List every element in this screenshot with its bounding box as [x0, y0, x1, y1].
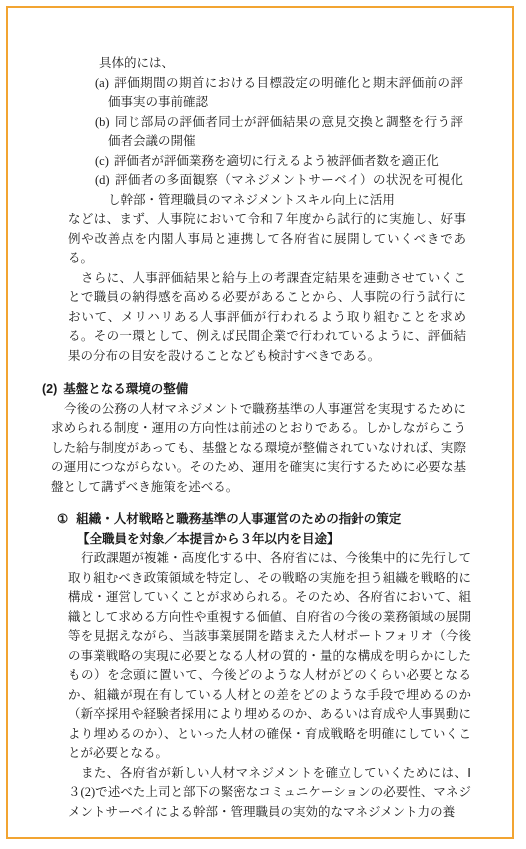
list-item-b-text: 同じ部局の評価者同士が評価結果の意見交換と調整を行う評価者会議の開催: [108, 115, 463, 149]
paragraph-trial-implementation: などは、まず、人事院において令和７年度から試行的に実施し、好事例や改善点を内閣人…: [68, 210, 466, 269]
subsection-1-body-paragraph-1: 行政課題が複雑・高度化する中、各府省には、今後集中的に先行して取り組むべき政策領…: [68, 549, 471, 764]
document-content: 具体的には、 (a)評価期間の期首における目標設定の明確化と期末評価前の評価事実…: [0, 54, 526, 822]
list-item-b-label: (b): [95, 115, 110, 129]
section-2-heading: (2)基盤となる環境の整備: [42, 380, 526, 400]
list-item-a-text: 評価期間の期首における目標設定の明確化と期末評価前の評価事実の事前確認: [108, 76, 463, 110]
list-item-c: (c)評価者が評価業務を適切に行えるよう被評価者数を適正化: [95, 152, 463, 172]
list-item-d-label: (d): [95, 173, 110, 187]
subsection-1-heading: ①組織・人材戦略と職務基準の人事運営のための指針の策定: [57, 510, 526, 530]
document-page: { "colors": { "border_accent": "#F2A431"…: [0, 0, 526, 849]
section-2-title: 基盤となる環境の整備: [63, 382, 188, 396]
list-item-c-text: 評価者が評価業務を適切に行えるよう被評価者数を適正化: [114, 154, 439, 168]
section-2-number: (2): [42, 382, 57, 396]
evaluation-measures-list: (a)評価期間の期首における目標設定の明確化と期末評価前の評価事実の事前確認 (…: [95, 74, 463, 211]
list-item-d: (d)評価者の多面観察（マネジメントサーベイ）の状況を可視化し幹部・管理職員のマ…: [95, 171, 463, 210]
list-item-a-label: (a): [95, 76, 109, 90]
subsection-1-number: ①: [57, 512, 68, 526]
list-item-c-label: (c): [95, 154, 109, 168]
subsection-1-body-paragraph-2: また、各府省が新しい人材マネジメントを確立していくためには、Ⅰ３(2)で述べた上…: [68, 764, 471, 823]
section-2-body: 今後の公務の人材マネジメントで職務基準の人事運営を実現するために求められる制度・…: [51, 400, 466, 498]
list-item-d-text: 評価者の多面観察（マネジメントサーベイ）の状況を可視化し幹部・管理職員のマネジメ…: [108, 173, 463, 207]
list-item-a: (a)評価期間の期首における目標設定の明確化と期末評価前の評価事実の事前確認: [95, 74, 463, 113]
subsection-1-title: 組織・人材戦略と職務基準の人事運営のための指針の策定: [76, 512, 401, 526]
paragraph-pay-linkage: さらに、人事評価結果と給与上の考課査定結果を連動させていくことで職員の納得感を高…: [68, 269, 466, 367]
list-item-b: (b)同じ部局の評価者同士が評価結果の意見交換と調整を行う評価者会議の開催: [95, 113, 463, 152]
subsection-1-scope: 【全職員を対象／本提言から３年以内を目途】: [77, 530, 526, 550]
intro-line: 具体的には、: [99, 54, 526, 74]
